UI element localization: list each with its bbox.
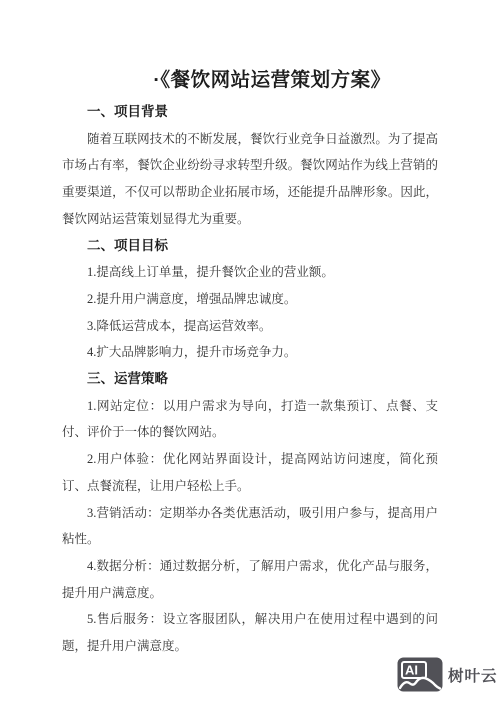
document-title: ·《餐饮网站运营策划方案》 (22, 64, 500, 92)
goal-item-1: 1.提高线上订单量，提升餐饮企业的营业额。 (62, 259, 438, 286)
brand-name: 树叶云 (448, 664, 498, 686)
document-body: 一、项目背景 随着互联网技术的不断发展，餐饮行业竞争日益激烈。为了提高市场占有率… (62, 99, 438, 660)
section-heading-background: 一、项目背景 (62, 99, 438, 126)
strategy-item-1: 1.网站定位：以用户需求为导向，打造一款集预订、点餐、支付、评价于一体的餐饮网站… (62, 393, 438, 446)
watermark-logo: AI 树叶云 (397, 657, 498, 692)
section-heading-goals: 二、项目目标 (62, 233, 438, 260)
ai-logo-text: AI (405, 663, 418, 678)
strategy-item-3: 3.营销活动：定期举办各类优惠活动，吸引用户参与，提高用户粘性。 (62, 500, 438, 553)
strategy-item-2: 2.用户体验：优化网站界面设计，提高网站访问速度，简化预订、点餐流程，让用户轻松… (62, 446, 438, 499)
goal-item-3: 3.降低运营成本，提高运营效率。 (62, 313, 438, 340)
ai-image-icon: AI (397, 657, 443, 692)
goal-item-4: 4.扩大品牌影响力，提升市场竞争力。 (62, 339, 438, 366)
strategy-item-5: 5.售后服务：设立客服团队，解决用户在使用过程中遇到的问题，提升用户满意度。 (62, 606, 438, 659)
goal-item-2: 2.提升用户满意度，增强品牌忠诚度。 (62, 286, 438, 313)
background-paragraph: 随着互联网技术的不断发展，餐饮行业竞争日益激烈。为了提高市场占有率，餐饮企业纷纷… (62, 126, 438, 233)
strategy-item-4: 4.数据分析：通过数据分析，了解用户需求，优化产品与服务，提升用户满意度。 (62, 553, 438, 606)
section-heading-strategy: 三、运营策略 (62, 366, 438, 393)
